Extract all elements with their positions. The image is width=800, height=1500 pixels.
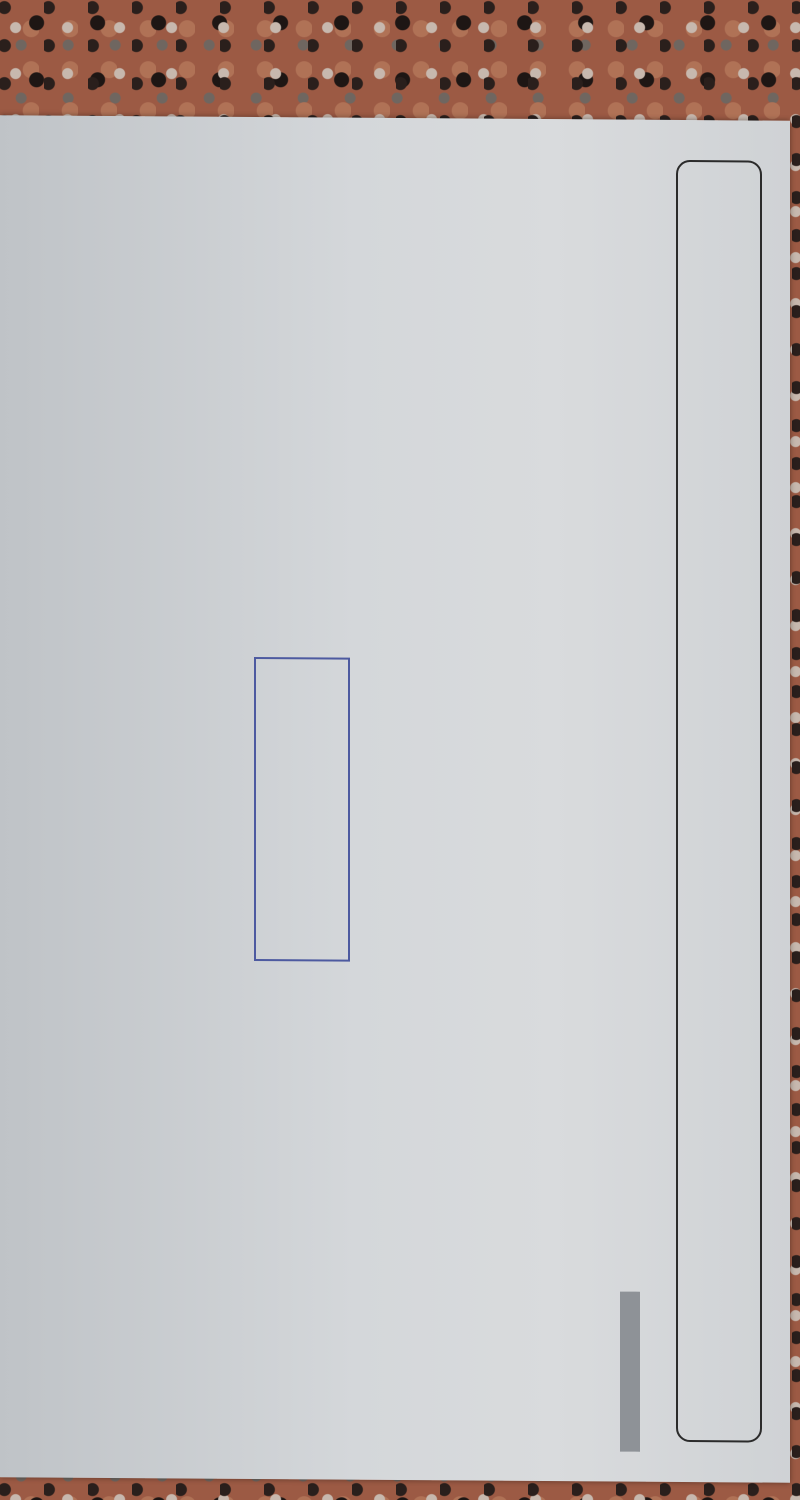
title-block	[746, 162, 750, 1440]
document-paper	[0, 115, 790, 1483]
certified-copy-stamp	[254, 657, 350, 962]
stamp-caption	[332, 660, 342, 960]
report-header	[676, 160, 762, 1443]
rotated-report	[0, 115, 790, 1483]
section-tag	[620, 1292, 640, 1452]
